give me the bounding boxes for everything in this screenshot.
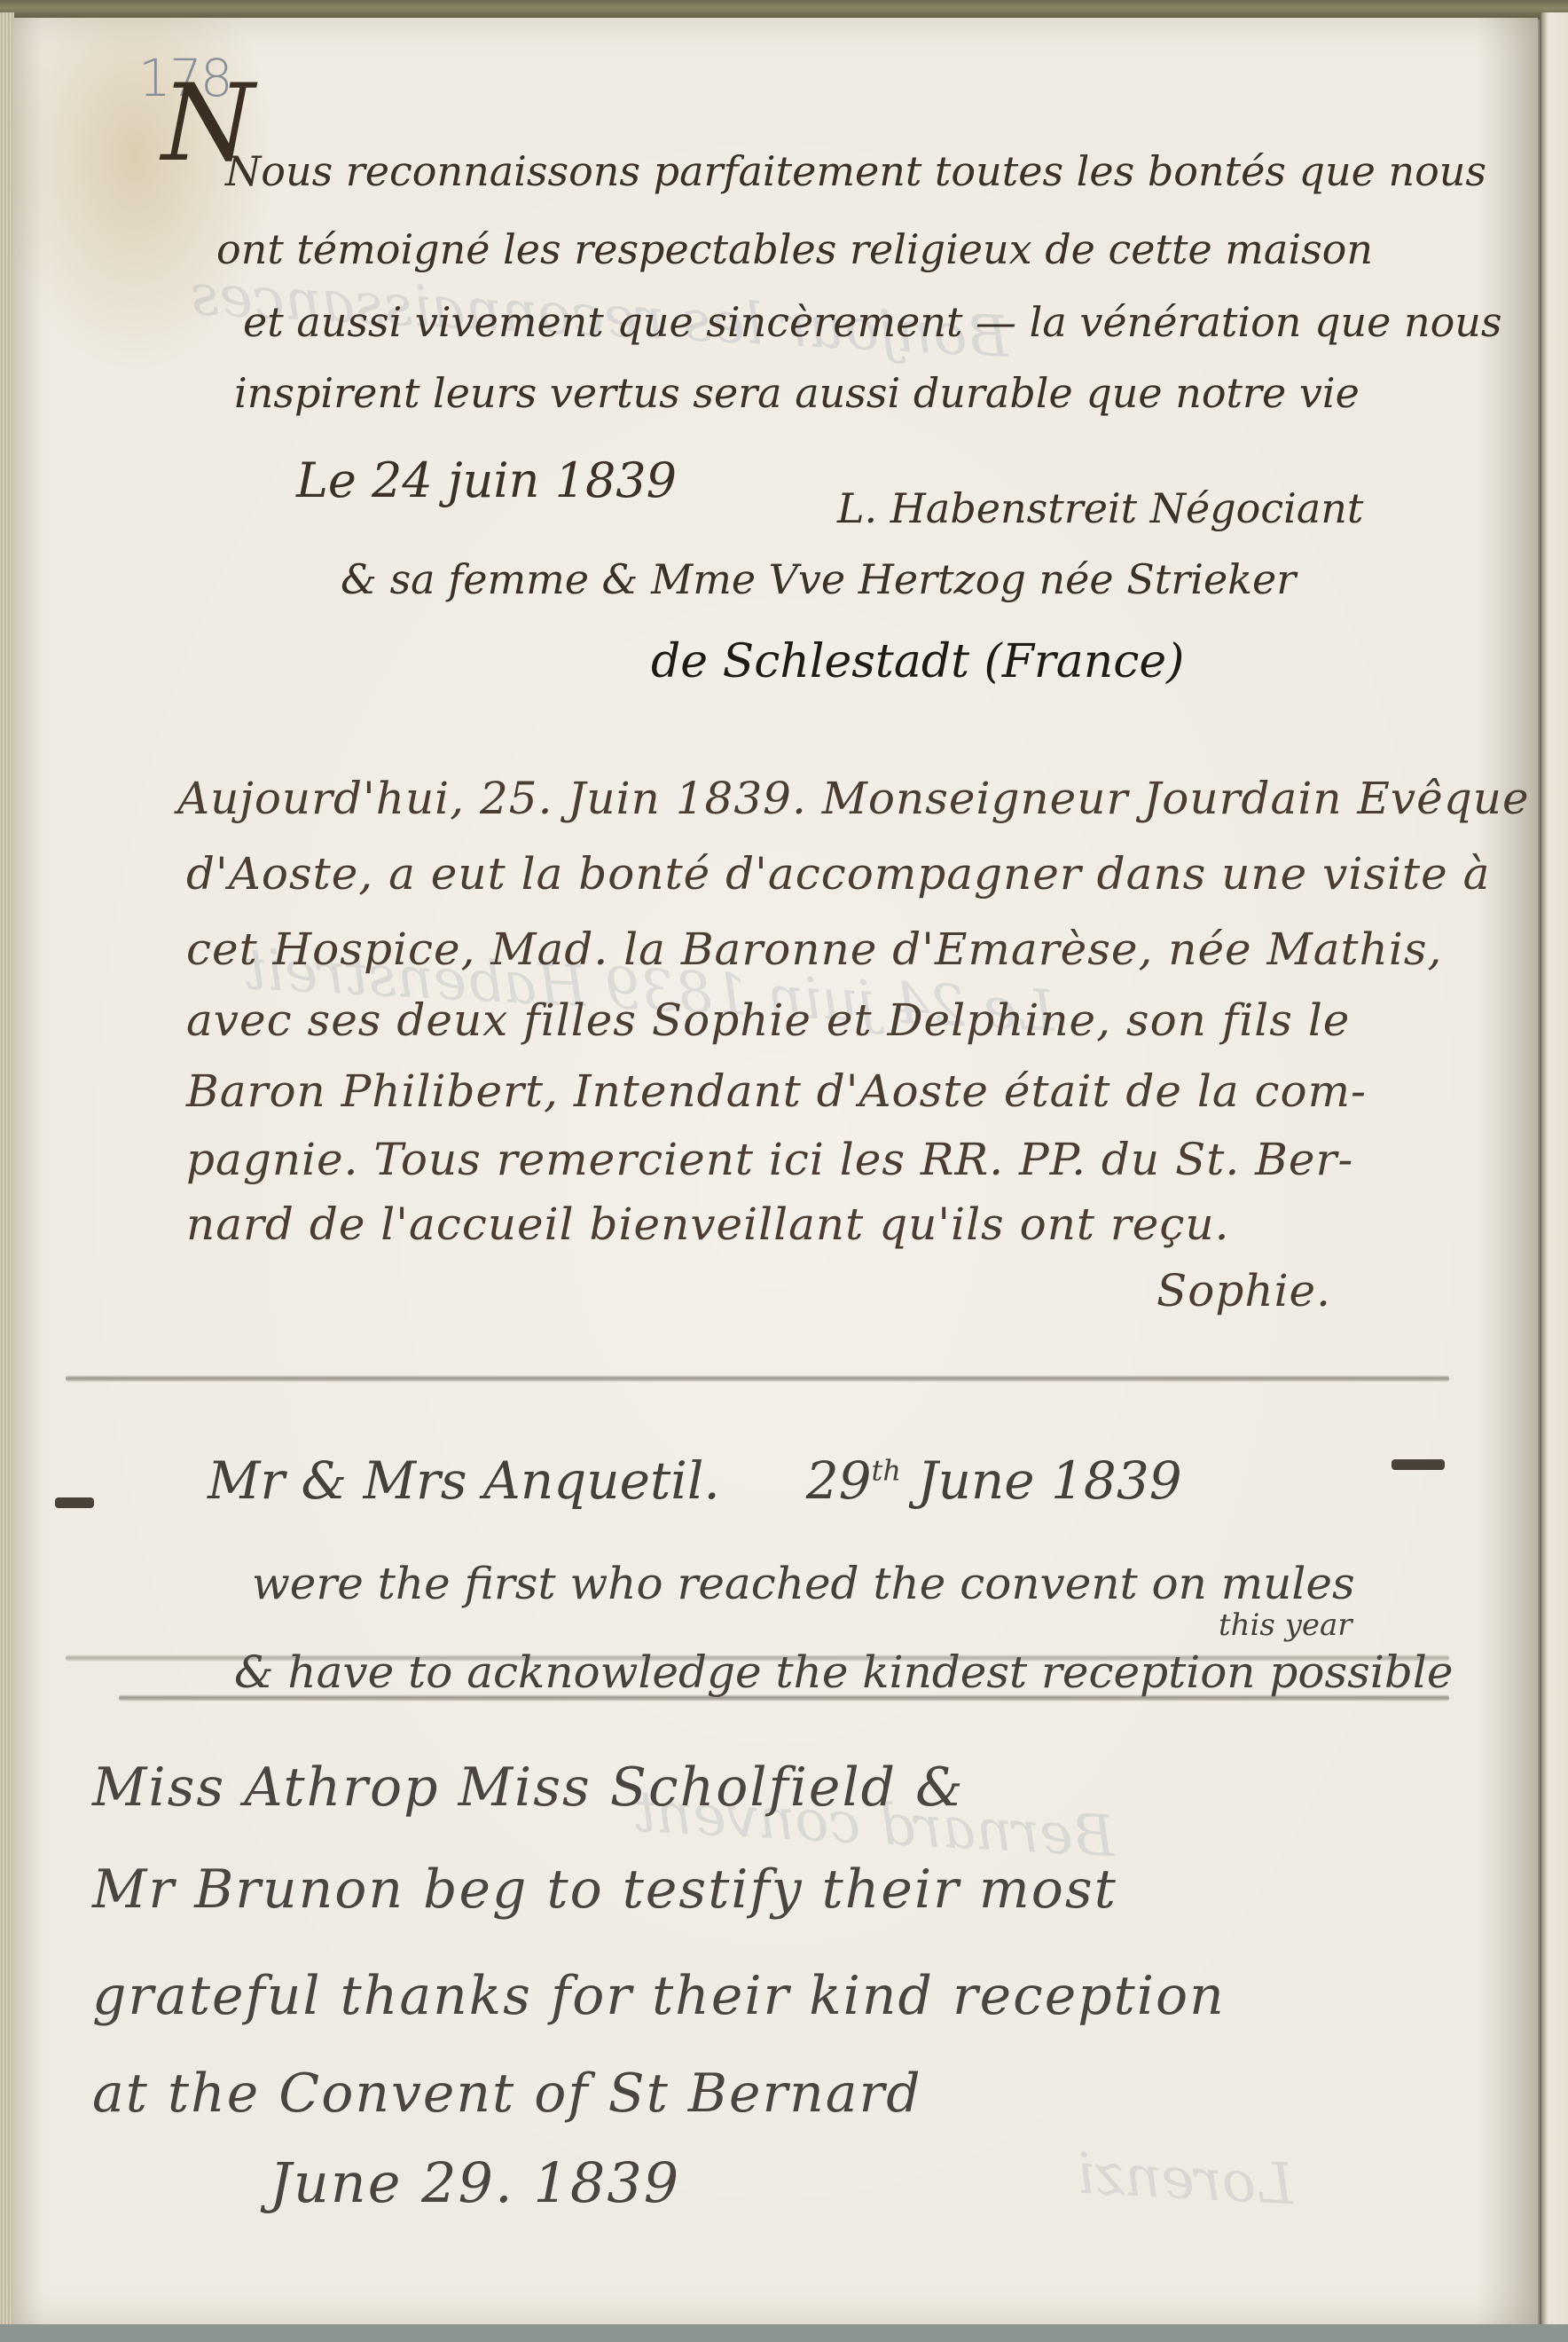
entry-line: et aussi vivement que sincèrement — la v… <box>243 302 1502 342</box>
divider-rule <box>119 1694 1449 1701</box>
entry-line: Baron Philibert, Intendant d'Aoste était… <box>186 1069 1367 1113</box>
entry-heading: Mr & Mrs Anquetil. 29th June 1839 <box>208 1455 1182 1506</box>
divider-rule <box>66 1375 1449 1382</box>
heading-date: June 1839 <box>917 1450 1181 1511</box>
entry-line: Miss Athrop Miss Scholfield & <box>92 1761 965 1814</box>
insertion-text: this year <box>1219 1610 1352 1640</box>
dash-mark <box>1392 1459 1445 1470</box>
entry-date: June 29. 1839 <box>270 2156 680 2211</box>
entry-line: avec ses deux filles Sophie et Delphine,… <box>186 998 1350 1042</box>
signature: Sophie. <box>1156 1269 1331 1313</box>
book-gutter <box>1540 12 1568 2342</box>
entry-line: were the first who reached the convent o… <box>252 1561 1355 1606</box>
entry-line: d'Aoste, a eut la bonté d'accompagner da… <box>186 852 1490 896</box>
entry-line: grateful thanks for their kind reception <box>92 1969 1226 2023</box>
scan-background-bottom <box>0 2324 1568 2342</box>
entry-line: nard de l'accueil bienveillant qu'ils on… <box>186 1202 1230 1246</box>
entry-line: Mr Brunon beg to testify their most <box>92 1863 1117 1916</box>
entry-line: at the Convent of St Bernard <box>92 2067 922 2120</box>
entry-line: Nous reconnaissons parfaitement toutes l… <box>225 151 1486 192</box>
manuscript-page: Bonjour les reconnaissances Le 24 juin 1… <box>12 18 1538 2324</box>
heading-day: 29 <box>806 1450 872 1511</box>
dash-mark <box>55 1497 94 1508</box>
entry-line: inspirent leurs vertus sera aussi durabl… <box>234 373 1360 413</box>
visitor-names: Mr & Mrs Anquetil. <box>208 1450 720 1511</box>
bleed-through-text: Lorenzi <box>1075 2142 1295 2219</box>
signature-line: de Schlestadt (France) <box>651 639 1184 685</box>
entry-date: Le 24 juin 1839 <box>296 457 677 505</box>
entry-line: pagnie. Tous remercient ici les RR. PP. … <box>186 1137 1353 1182</box>
book-binding-top <box>0 0 1568 20</box>
strikethrough-rule <box>66 1654 1449 1662</box>
entry-line: cet Hospice, Mad. la Baronne d'Emarèse, … <box>186 927 1442 971</box>
heading-day-suffix: th <box>872 1454 901 1488</box>
signature-line: L. Habenstreit Négociant <box>837 488 1363 529</box>
entry-line: Aujourd'hui, 25. Juin 1839. Monseigneur … <box>177 776 1530 821</box>
entry-line: ont témoigné les respectables religieux … <box>216 229 1373 270</box>
signature-line: & sa femme & Mme Vve Hertzog née Strieke… <box>341 559 1296 600</box>
manuscript-scan: Bonjour les reconnaissances Le 24 juin 1… <box>0 0 1568 2342</box>
